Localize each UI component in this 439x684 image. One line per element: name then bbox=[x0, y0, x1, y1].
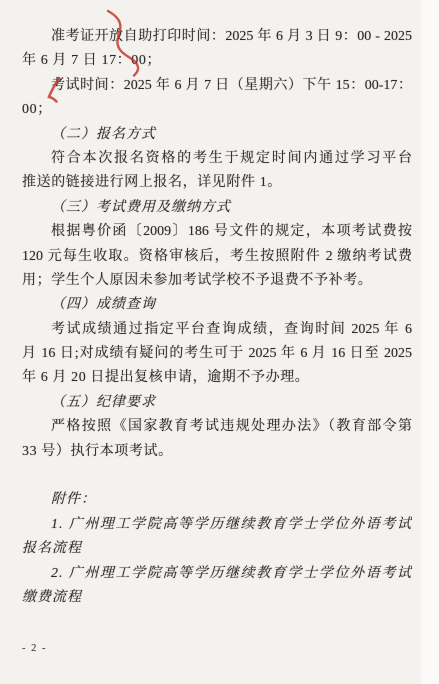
blank-line bbox=[22, 464, 412, 488]
text-line: （三）考试费用及缴纳方式 bbox=[22, 196, 412, 220]
text-line: 根据粤价函〔2009〕186 号文件的规定，本项考试费按 bbox=[22, 220, 412, 244]
scanned-document-page: 准考证开放自助打印时间：2025 年 6 月 3 日 9：00 - 2025年 … bbox=[0, 0, 439, 684]
text-line: 1. 广州理工学院高等学历继续教育学士学位外语考试 bbox=[22, 513, 412, 537]
text-line: 年 6 月 7 日 17：00； bbox=[22, 49, 412, 73]
document-body: 准考证开放自助打印时间：2025 年 6 月 3 日 9：00 - 2025年 … bbox=[0, 0, 439, 610]
text-line: 严格按照《国家教育考试违规处理办法》（教育部令第 bbox=[22, 415, 412, 439]
text-line: 报名流程 bbox=[22, 537, 412, 561]
text-line: 考试时间：2025 年 6 月 7 日（星期六）下午 15：00-17： bbox=[22, 74, 412, 98]
text-line: 00； bbox=[22, 98, 412, 122]
text-line: 2. 广州理工学院高等学历继续教育学士学位外语考试 bbox=[22, 562, 412, 586]
text-line: 推送的链接进行网上报名，详见附件 1。 bbox=[22, 171, 412, 195]
text-line: 附件： bbox=[22, 488, 412, 512]
text-line: 考试成绩通过指定平台查询成绩，查询时间 2025 年 6 bbox=[22, 318, 412, 342]
page-number: - 2 - bbox=[22, 643, 47, 654]
text-line: （四）成绩查询 bbox=[22, 293, 412, 317]
text-line: 年 6 月 20 日提出复核申请，逾期不予办理。 bbox=[22, 366, 412, 390]
text-line: 准考证开放自助打印时间：2025 年 6 月 3 日 9：00 - 2025 bbox=[22, 25, 412, 49]
text-line: 缴费流程 bbox=[22, 586, 412, 610]
text-line: 符合本次报名资格的考生于规定时间内通过学习平台 bbox=[22, 147, 412, 171]
text-line: （二）报名方式 bbox=[22, 123, 412, 147]
text-line: （五）纪律要求 bbox=[22, 391, 412, 415]
text-line: 用；学生个人原因未参加考试学校不予退费不予补考。 bbox=[22, 269, 412, 293]
text-line: 33 号）执行本项考试。 bbox=[22, 440, 412, 464]
text-line: 120 元每生收取。资格审核后，考生按照附件 2 缴纳考试费 bbox=[22, 245, 412, 269]
text-line: 月 16 日;对成绩有疑问的考生可于 2025 年 6 月 16 日至 2025 bbox=[22, 342, 412, 366]
